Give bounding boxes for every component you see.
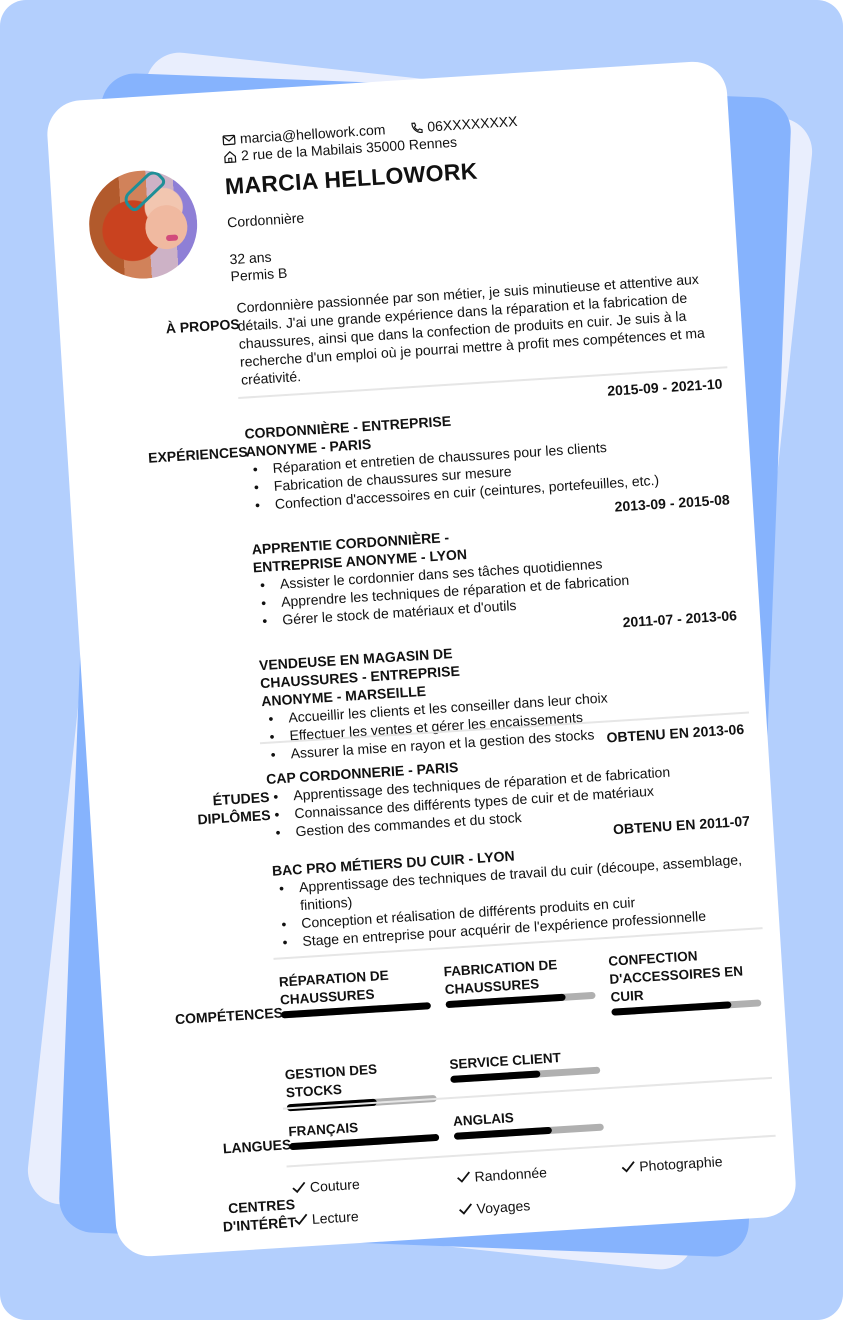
check-icon [294,1213,309,1226]
interest-label: Couture [309,1175,360,1196]
interest-item: Photographie [621,1148,787,1176]
driving-license: Permis B [230,265,288,286]
languages-item: FRANÇAIS [288,1113,454,1150]
education-label-text: ÉTUDESDIPLÔMES [129,788,271,833]
skills-item: CONFECTION D'ACCESSOIRES EN CUIR [608,943,777,1016]
languages-item: ANGLAIS [453,1103,619,1140]
avatar-face [144,204,189,251]
page-background: marcia@hellowork.com 06XXXXXXXX 2 rue de… [0,0,843,1320]
interest-item: Randonnée [456,1158,622,1186]
experiences-dates: 2011-07 - 2013-06 [622,606,737,631]
avatar-lips [166,234,178,241]
section-experiences: EXPÉRIENCES 2015-09 - 2021-10CORDONNIÈRE… [66,393,746,436]
avatar [86,167,201,282]
interest-item: Lecture [293,1201,459,1229]
house-icon [223,149,238,164]
skill-list: RÉPARATION DE CHAUSSURESFABRICATION DE C… [278,942,786,1111]
check-icon [621,1161,636,1174]
skills-item: RÉPARATION DE CHAUSSURES [278,963,447,1036]
interest-item: Couture [291,1169,457,1197]
interest-label: Photographie [639,1152,723,1175]
candidate-name: MARCIA HELLOWORK [224,158,478,201]
experience-list: 2015-09 - 2021-10CORDONNIÈRE - ENTREPRIS… [244,395,744,764]
phone-icon [409,120,424,135]
experiences-dates: 2015-09 - 2021-10 [607,375,723,400]
interest-label: Voyages [476,1196,531,1217]
section-label-about: À PROPOS [99,315,240,342]
job-title: Cordonnière [227,210,305,231]
personal-info: 32 ans Permis B [229,248,288,285]
skills-item: FABRICATION DE CHAUSSURES [443,953,612,1026]
section-label-skills: COMPÉTENCES [143,1003,284,1030]
skills-name: CONFECTION D'ACCESSOIRES EN CUIR [608,943,761,1006]
experiences-entry: 2011-07 - 2013-06VENDEUSE EN MAGASIN DE … [259,626,745,764]
interest-label: Lecture [311,1207,359,1228]
education-list: OBTENU EN 2013-06CAP CORDONNERIE - PARIS… [266,740,756,952]
envelope-icon [222,132,237,147]
experiences-dates: 2013-09 - 2015-08 [614,490,730,515]
section-label-education: ÉTUDESDIPLÔMES [129,788,271,833]
section-label-experiences: EXPÉRIENCES [107,443,248,470]
section-label-interests: CENTRESD'INTÉRÊT [155,1195,297,1240]
check-icon [458,1203,473,1216]
section-label-languages: LANGUES [151,1135,292,1162]
interest-label: Randonnée [474,1163,547,1186]
check-icon [456,1171,471,1184]
check-icon [292,1181,307,1194]
cv-card: marcia@hellowork.com 06XXXXXXXX 2 rue de… [45,60,797,1258]
interest-item: Voyages [458,1190,624,1218]
